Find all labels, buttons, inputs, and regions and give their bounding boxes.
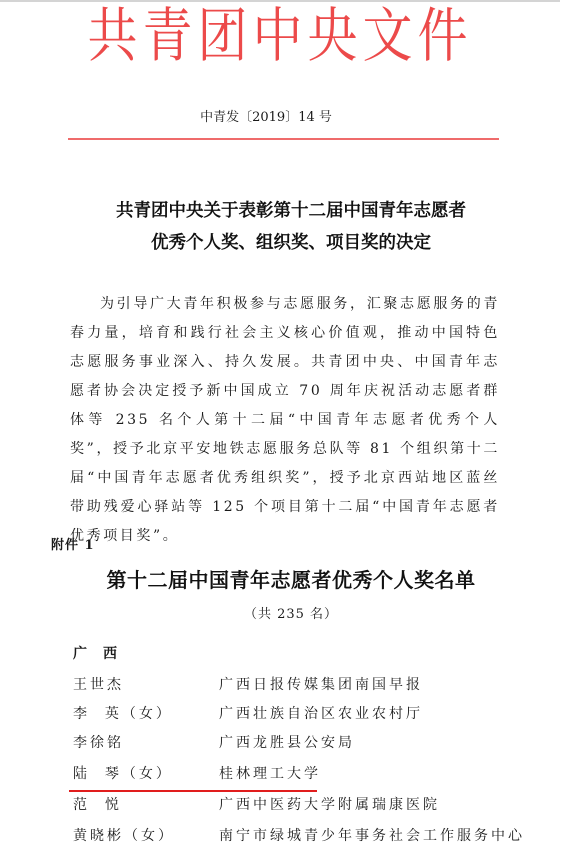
awardee-count: （共 235 名） xyxy=(0,605,582,625)
awardee-organization: 广西中医药大学附属瑞康医院 xyxy=(219,793,440,817)
awardee-organization: 南宁市绿城青少年事务社会工作服务中心 xyxy=(219,824,525,848)
awardee-row: 李 英（女） 广西壮族自治区农业农村厅 xyxy=(73,702,573,726)
decision-body-paragraph: 为引导广大青年积极参与志愿服务，汇聚志愿服务的青春力量，培育和践行社会主义核心价… xyxy=(70,290,500,551)
masthead-title: 共青团中央文件 xyxy=(80,0,480,76)
document-number: 中青发〔2019〕14 号 xyxy=(0,109,532,127)
awardee-name: 黄晓彬（女） xyxy=(73,824,175,848)
awardee-row: 范 悦 广西中医药大学附属瑞康医院 xyxy=(73,793,573,817)
decision-title-line-1: 共青团中央关于表彰第十二届中国青年志愿者 xyxy=(116,201,466,221)
decision-title-line-2: 优秀个人奖、组织奖、项目奖的决定 xyxy=(0,227,582,259)
awardee-name: 李 英（女） xyxy=(73,702,173,726)
awardee-name: 王世杰 xyxy=(73,673,124,697)
awardee-organization: 广西日报传媒集团南国早报 xyxy=(219,673,423,697)
region-heading: 广西 xyxy=(73,644,133,664)
awardee-list-title: 第十二届中国青年志愿者优秀个人奖名单 xyxy=(0,565,582,595)
awardee-organization: 广西壮族自治区农业农村厅 xyxy=(219,702,423,726)
awardee-name: 范 悦 xyxy=(73,793,122,817)
attachment-label: 附件 1 xyxy=(51,536,95,556)
awardee-organization: 桂林理工大学 xyxy=(219,762,321,786)
awardee-name: 李徐铭 xyxy=(73,731,124,755)
awardee-name: 陆 琴（女） xyxy=(73,762,173,786)
awardee-row: 王世杰 广西日报传媒集团南国早报 xyxy=(73,673,573,697)
decision-title: 共青团中央关于表彰第十二届中国青年志愿者 优秀个人奖、组织奖、项目奖的决定 xyxy=(0,195,582,259)
masthead-divider xyxy=(68,138,499,140)
awardee-row: 黄晓彬（女） 南宁市绿城青少年事务社会工作服务中心 xyxy=(73,824,573,848)
awardee-row-highlighted: 陆 琴（女） 桂林理工大学 xyxy=(73,762,573,786)
highlight-underline xyxy=(69,790,317,792)
awardee-organization: 广西龙胜县公安局 xyxy=(219,731,355,755)
awardee-row: 李徐铭 广西龙胜县公安局 xyxy=(73,731,573,755)
